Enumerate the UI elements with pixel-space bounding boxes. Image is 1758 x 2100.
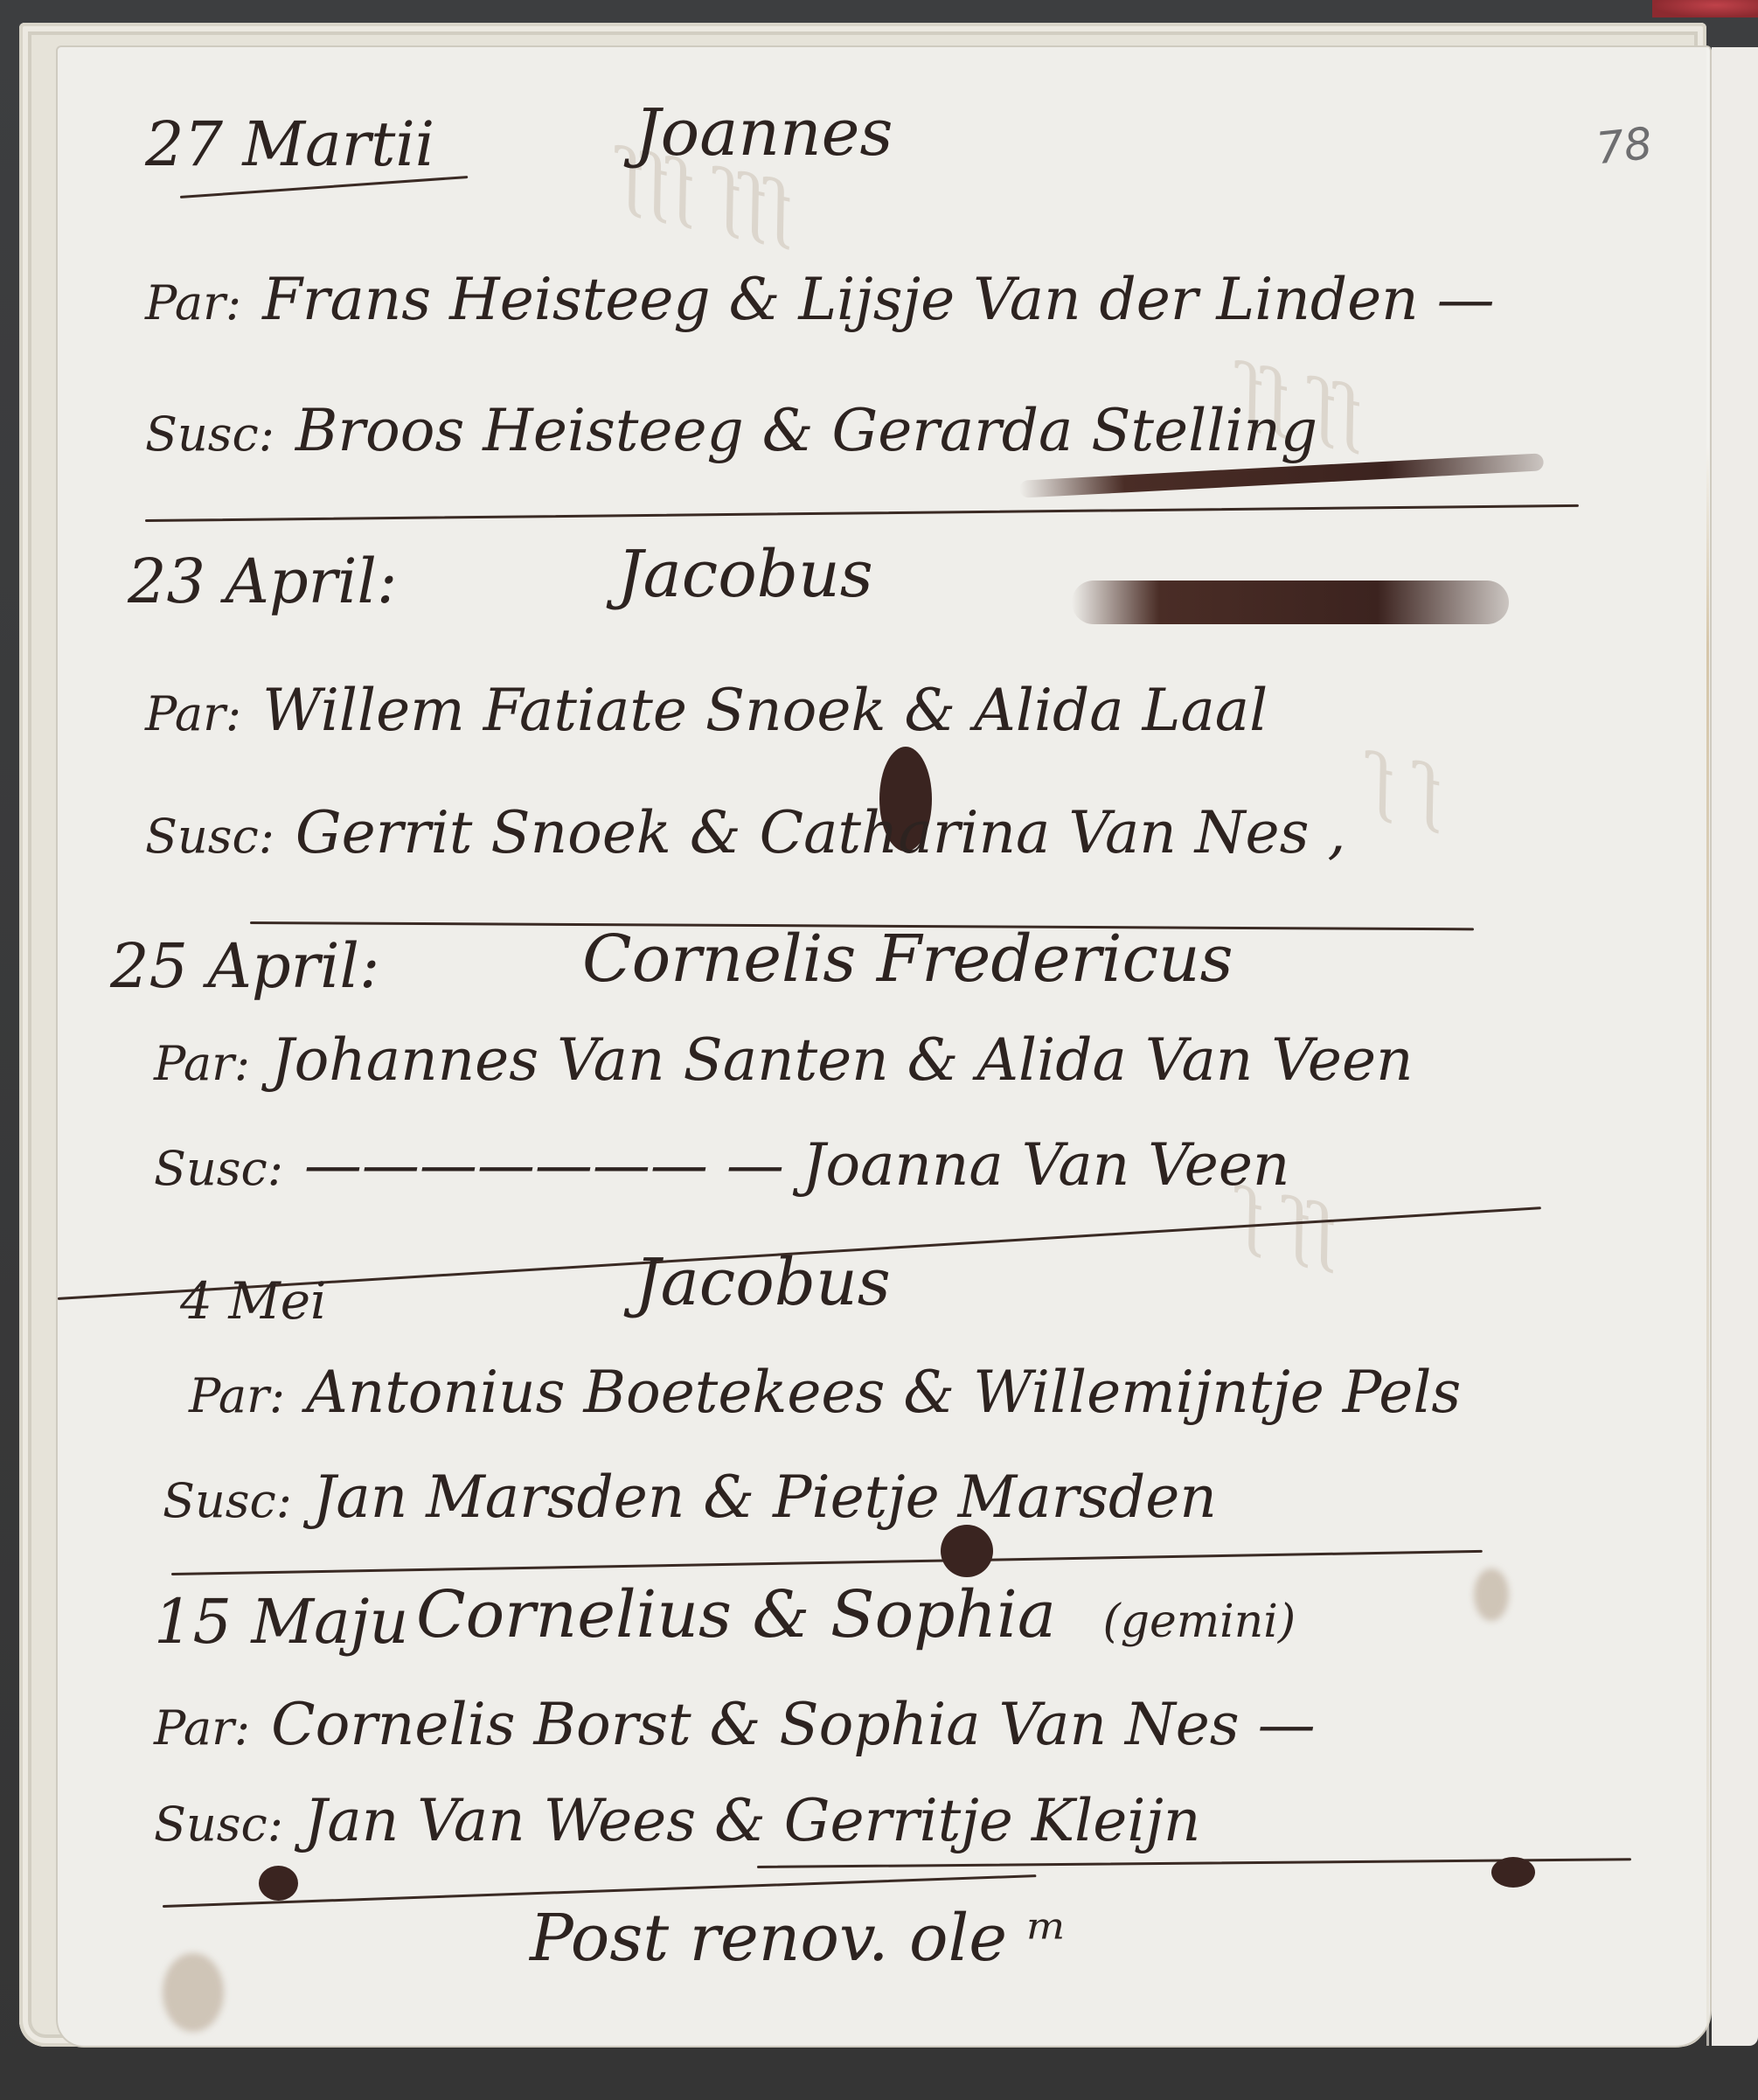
parents-row: Par:Frans Heisteeg & Lijsje Van der Lind…: [145, 266, 1495, 333]
entry-date: 27 Martii: [145, 108, 434, 180]
facing-page-edge: [1712, 47, 1758, 2046]
parents-names: Cornelis Borst & Sophia Van Nes —: [271, 1691, 1316, 1758]
entry-date: 25 April:: [110, 930, 380, 1002]
ink-blot: [941, 1525, 993, 1577]
child-name: Cornelius & Sophia (gemini): [416, 1577, 1296, 1652]
sponsors-names: Broos Heisteeg & Gerarda Stelling: [295, 397, 1317, 464]
parents-row: Par:Antonius Boetekees & Willemijntje Pe…: [189, 1359, 1461, 1426]
sponsors-names: Jan Marsden & Pietje Marsden: [313, 1464, 1217, 1531]
paper-stain: [163, 1953, 224, 2032]
parents-row: Par:Willem Fatiate Snoek & Alida Laal: [145, 677, 1268, 744]
parents-label: Par:: [145, 275, 241, 330]
twins-note: (gemini): [1102, 1596, 1296, 1648]
parents-names: Willem Fatiate Snoek & Alida Laal: [262, 677, 1268, 744]
folio-number: 78: [1594, 118, 1654, 174]
sponsors-row: Susc:Broos Heisteeg & Gerarda Stelling: [145, 397, 1317, 464]
entry-date: 15 Maju: [154, 1586, 409, 1658]
parents-row: Par:Cornelis Borst & Sophia Van Nes —: [154, 1691, 1316, 1758]
ink-stain: [1474, 1568, 1509, 1621]
sponsors-label: Susc:: [154, 1141, 283, 1196]
parents-label: Par:: [145, 686, 241, 741]
sponsors-row: Susc:Jan Marsden & Pietje Marsden: [163, 1464, 1217, 1531]
ink-bleed-through: ſ ſ: [1361, 740, 1450, 835]
child-name: Jacobus: [617, 537, 873, 612]
child-name: Cornelis Fredericus: [582, 921, 1233, 997]
child-name: Joannes: [635, 95, 893, 170]
parents-label: Par:: [154, 1700, 250, 1756]
parents-label: Par:: [189, 1368, 285, 1423]
sponsors-names: Gerrit Snoek & Catharina Van Nes ,: [295, 799, 1346, 866]
footer-annotation: Post renov. ole ᵐ: [530, 1901, 1067, 1976]
ink-blot: [259, 1866, 298, 1901]
parents-names: Frans Heisteeg & Lijsje Van der Linden —: [262, 266, 1495, 333]
sponsors-row: Susc:——————— — Joanna Van Veen: [154, 1131, 1289, 1199]
child-name: Jacobus: [635, 1245, 891, 1320]
parents-label: Par:: [154, 1036, 250, 1091]
parents-names: Antonius Boetekees & Willemijntje Pels: [306, 1359, 1461, 1426]
parents-row: Par:Johannes Van Santen & Alida Van Veen: [154, 1026, 1414, 1094]
register-page: ſſſ ſſſ ſſ ſſ ſ ſ ſſ ſ 78 27 Martii Joan…: [58, 47, 1710, 2046]
sponsors-names: ——————— — Joanna Van Veen: [304, 1131, 1290, 1199]
sponsors-names: Jan Van Wees & Gerritje Kleijn: [304, 1787, 1200, 1854]
sponsors-row: Susc:Jan Van Wees & Gerritje Kleijn: [154, 1787, 1200, 1854]
parents-names: Johannes Van Santen & Alida Van Veen: [271, 1026, 1413, 1094]
ink-smear: [1072, 581, 1509, 624]
sponsors-label: Susc:: [145, 809, 274, 864]
entry-date: 4 Mei: [180, 1271, 327, 1331]
entry-divider: [145, 504, 1579, 522]
sponsors-label: Susc:: [163, 1473, 292, 1528]
sponsors-label: Susc:: [145, 407, 274, 462]
sponsors-label: Susc:: [154, 1797, 283, 1852]
red-binding-edge: [1652, 0, 1758, 17]
ink-blot: [1491, 1857, 1535, 1888]
sponsors-row: Susc:Gerrit Snoek & Catharina Van Nes ,: [145, 799, 1345, 866]
entry-date: 23 April:: [128, 546, 398, 617]
child-names: Cornelius & Sophia: [416, 1577, 1056, 1652]
entry-divider: [171, 1550, 1483, 1575]
